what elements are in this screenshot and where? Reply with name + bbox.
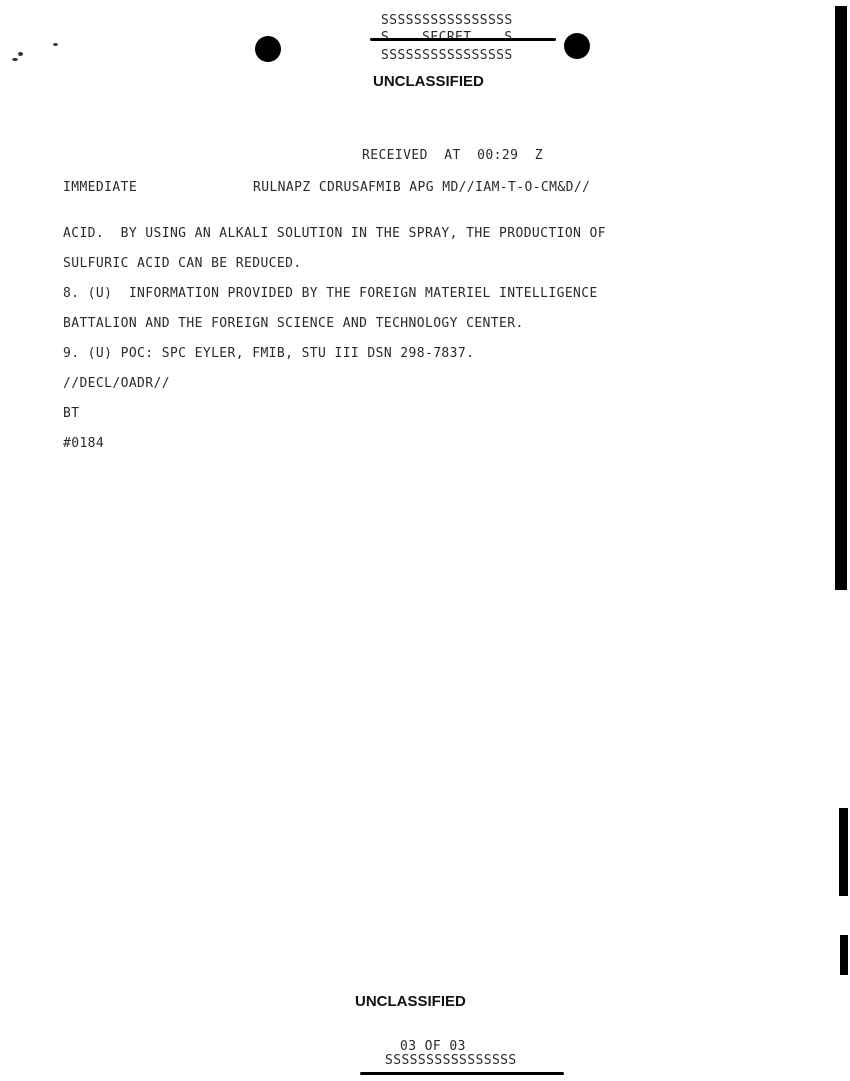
body-line: //DECL/OADR//: [63, 376, 606, 391]
classification-border-bottom: SSSSSSSSSSSSSSSS: [381, 48, 513, 63]
classification-border-top: SSSSSSSSSSSSSSSS: [381, 13, 513, 28]
body-line: ACID. BY USING AN ALKALI SOLUTION IN THE…: [63, 226, 606, 241]
body-line: #0184: [63, 436, 606, 451]
message-body: ACID. BY USING AN ALKALI SOLUTION IN THE…: [63, 211, 606, 466]
body-line: 8. (U) INFORMATION PROVIDED BY THE FOREI…: [63, 286, 606, 301]
scan-speck: [18, 52, 23, 56]
scan-speck: [53, 43, 58, 46]
scan-speck: [12, 58, 18, 61]
body-line: 9. (U) POC: SPC EYLER, FMIB, STU III DSN…: [63, 346, 606, 361]
classification-marking-top: UNCLASSIFIED: [373, 73, 484, 90]
classification-strikethrough: [370, 38, 556, 41]
classification-border-footer: SSSSSSSSSSSSSSSS: [385, 1053, 517, 1068]
punch-hole-right: [564, 33, 590, 59]
precedence: IMMEDIATE: [63, 180, 137, 195]
body-line: BT: [63, 406, 606, 421]
classification-marking-bottom: UNCLASSIFIED: [355, 993, 466, 1010]
body-line: BATTALION AND THE FOREIGN SCIENCE AND TE…: [63, 316, 606, 331]
scan-edge-bar: [839, 808, 848, 896]
page-counter: 03 OF 03: [400, 1039, 466, 1054]
scan-edge-bar: [835, 6, 847, 590]
footer-rule: [360, 1072, 564, 1075]
punch-hole-left: [255, 36, 281, 62]
received-timestamp: RECEIVED AT 00:29 Z: [362, 148, 543, 163]
body-line: SULFURIC ACID CAN BE REDUCED.: [63, 256, 606, 271]
scan-edge-bar: [840, 935, 848, 975]
routing-indicator: RULNAPZ CDRUSAFMIB APG MD//IAM-T-O-CM&D/…: [253, 180, 590, 195]
